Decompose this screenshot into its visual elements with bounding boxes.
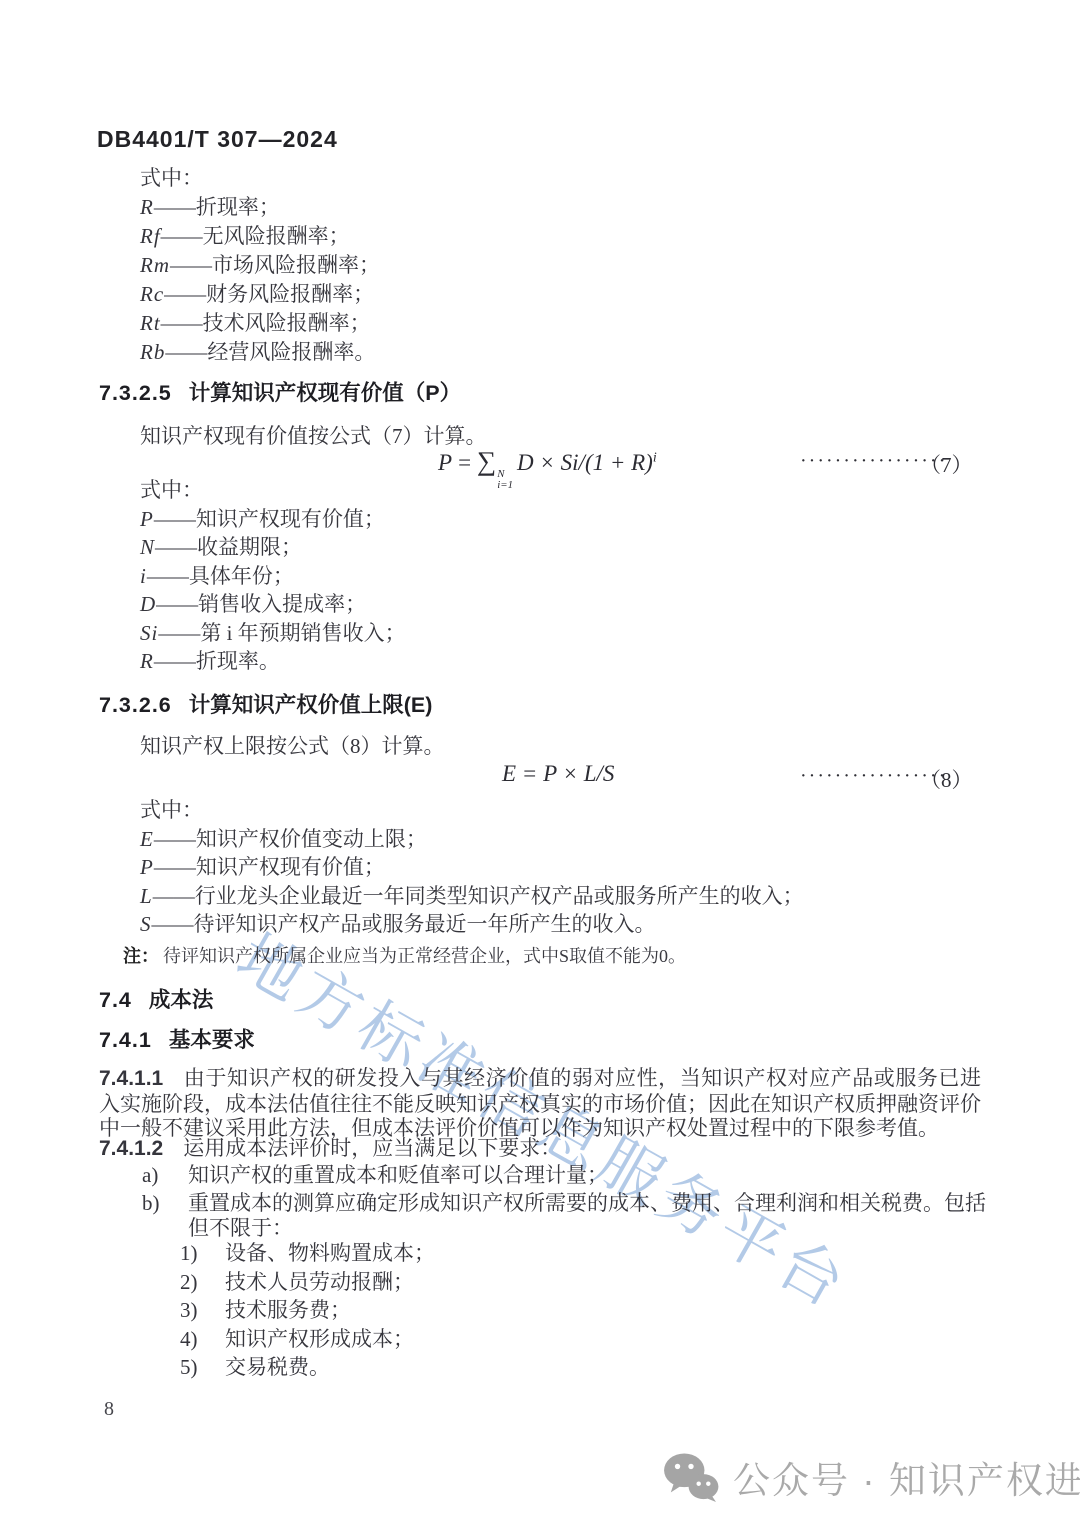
formula-8-row: E = P × L/S ················· （8） (0, 761, 1080, 795)
formula-7-row: P=∑Ni=1D × Si/(1 + R)i ·················… (0, 446, 1080, 480)
list-item-a: a) 知识产权的重置成本和贬值率可以合理计量； (142, 1163, 986, 1188)
section-heading-7-3-2-6: 7.3.2.6计算知识产权价值上限(E) (99, 688, 432, 719)
var-symbol: S (140, 912, 152, 936)
var-symbol: Rt (140, 311, 161, 335)
formula-body: D × Si/(1 + R) (517, 450, 653, 475)
sum-lower-limit: i=1 (497, 480, 513, 491)
section-number: 7.3.2.6 (99, 693, 172, 717)
definition-item: P——知识产权现有价值； (140, 505, 406, 534)
definition-item: R——折现率； (140, 193, 380, 222)
equals-sign: = (458, 450, 471, 475)
formula-number: （8） (920, 764, 973, 794)
list-marker: 2) (180, 1270, 225, 1295)
var-symbol: P (140, 855, 154, 879)
var-description: ——折现率； (154, 195, 280, 219)
note-text: 待评知识产权所属企业应当为正常经营企业，式中S取值不能为0。 (163, 946, 686, 966)
definition-item: N——收益期限； (140, 533, 406, 562)
section-heading-7-3-2-5: 7.3.2.5计算知识产权现有价值（P） (99, 376, 461, 407)
page-number: 8 (104, 1398, 114, 1421)
var-description: ——市场风险报酬率； (170, 253, 380, 277)
numbered-item-4: 4) 知识产权形成成本； (180, 1327, 414, 1352)
wechat-icon (662, 1452, 720, 1502)
definition-item: S——待评知识产权产品或服务最近一年所产生的收入。 (140, 910, 804, 939)
definition-item: Rm——市场风险报酬率； (140, 251, 380, 280)
var-symbol: D (140, 592, 156, 616)
definition-intro: 式中： (140, 796, 804, 825)
var-description: ——财务风险报酬率； (164, 282, 374, 306)
section-title: 基本要求 (169, 1028, 255, 1052)
list-text: 技术服务费； (225, 1298, 351, 1323)
clause-number: 7.4.1.2 (99, 1137, 163, 1160)
definition-item: Rf——无风险报酬率； (140, 222, 380, 251)
var-symbol: Rc (140, 282, 164, 306)
list-marker: a) (142, 1163, 188, 1188)
list-marker: 1) (180, 1241, 225, 1266)
var-symbol: R (140, 195, 154, 219)
wechat-footer: 公众号 · 知识产权进行时 (662, 1450, 1080, 1504)
var-symbol: Rf (140, 224, 161, 248)
definition-intro: 式中： (140, 164, 380, 193)
definition-item: D——销售收入提成率； (140, 590, 406, 619)
document-code-header: DB4401/T 307—2024 (97, 126, 338, 153)
list-marker: 4) (180, 1327, 225, 1352)
definition-item: E——知识产权价值变动上限； (140, 825, 804, 854)
var-description: ——无风险报酬率； (161, 224, 350, 248)
var-description: ——折现率。 (154, 649, 280, 673)
formula-exponent: i (653, 450, 657, 465)
var-symbol: N (140, 535, 155, 559)
definition-item: Rc——财务风险报酬率； (140, 280, 380, 309)
list-text: 设备、物料购置成本； (225, 1241, 435, 1266)
formula6-definition-list: 式中： R——折现率； Rf——无风险报酬率； Rm——市场风险报酬率； Rc—… (140, 164, 380, 367)
definition-item: P——知识产权现有价值； (140, 853, 804, 882)
numbered-item-3: 3) 技术服务费； (180, 1298, 351, 1323)
list-text: 知识产权的重置成本和贬值率可以合理计量； (188, 1163, 986, 1188)
sum-symbol: ∑ (477, 446, 496, 476)
formula-7-expression: P=∑Ni=1D × Si/(1 + R)i (438, 446, 657, 492)
standard-document-page: 地方标准信息服务平台 DB4401/T 307—2024 式中： R——折现率；… (0, 0, 1080, 1527)
list-text: 交易税费。 (225, 1355, 330, 1380)
formula8-definition-list: 式中： E——知识产权价值变动上限； P——知识产权现有价值； L——行业龙头企… (140, 796, 804, 939)
list-text: 重置成本的测算应确定形成知识产权所需要的成本、费用、合理利润和相关税费。包括但不… (188, 1191, 986, 1240)
formula-8-expression: E = P × L/S (502, 761, 614, 787)
definition-item: Si——第 i 年预期销售收入； (140, 619, 406, 648)
list-text: 技术人员劳动报酬； (225, 1270, 414, 1295)
var-symbol: E (140, 827, 154, 851)
note-label: 注： (123, 946, 159, 966)
var-symbol: R (140, 649, 154, 673)
paragraph-7-4-1-1: 7.4.1.1由于知识产权的研发投入与其经济价值的弱对应性，当知识产权对应产品或… (99, 1066, 981, 1141)
definition-item: R——折现率。 (140, 647, 406, 676)
list-marker: b) (142, 1191, 188, 1240)
formula-body: E = P × L/S (502, 761, 614, 786)
formula7-definition-list: 式中： P——知识产权现有价值； N——收益期限； i——具体年份； D——销售… (140, 476, 406, 676)
definition-item: Rt——技术风险报酬率； (140, 309, 380, 338)
section-heading-7-4-1: 7.4.1基本要求 (99, 1023, 255, 1054)
section-title: 成本法 (149, 988, 214, 1012)
var-description: ——知识产权现有价值； (154, 855, 385, 879)
var-description: ——行业龙头企业最近一年同类型知识产权产品或服务所产生的收入； (153, 884, 804, 908)
var-description: ——销售收入提成率； (156, 592, 366, 616)
var-description: ——经营风险报酬率。 (165, 340, 375, 364)
definition-item: L——行业龙头企业最近一年同类型知识产权产品或服务所产生的收入； (140, 882, 804, 911)
paragraph-7-4-1-2: 7.4.1.2运用成本法评价时，应当满足以下要求： (99, 1136, 981, 1162)
var-symbol: P (140, 507, 154, 531)
var-description: ——第 i 年预期销售收入； (158, 621, 405, 645)
section-number: 7.4 (99, 988, 132, 1012)
definition-item: Rb——经营风险报酬率。 (140, 338, 380, 367)
formula-lhs: P (438, 450, 452, 475)
list-marker: 5) (180, 1355, 225, 1380)
clause-text: 由于知识产权的研发投入与其经济价值的弱对应性，当知识产权对应产品或服务已进入实施… (99, 1066, 981, 1140)
numbered-item-5: 5) 交易税费。 (180, 1355, 330, 1380)
list-marker: 3) (180, 1298, 225, 1323)
wechat-account-label: 公众号 · 知识产权进行时 (733, 1450, 1080, 1504)
numbered-item-2: 2) 技术人员劳动报酬； (180, 1270, 414, 1295)
section-number: 7.3.2.5 (99, 381, 172, 405)
var-description: ——技术风险报酬率； (161, 311, 371, 335)
section-number: 7.4.1 (99, 1028, 152, 1052)
clause-text: 运用成本法评价时，应当满足以下要求： (183, 1136, 561, 1160)
clause-number: 7.4.1.1 (99, 1067, 163, 1090)
var-description: ——知识产权现有价值； (154, 507, 385, 531)
var-description: ——知识产权价值变动上限； (154, 827, 427, 851)
formula-number: （7） (920, 449, 973, 479)
var-description: ——收益期限； (155, 535, 302, 559)
note-line: 注：待评知识产权所属企业应当为正常经营企业，式中S取值不能为0。 (123, 942, 686, 968)
var-description: ——具体年份； (147, 564, 294, 588)
var-description: ——待评知识产权产品或服务最近一年所产生的收入。 (152, 912, 656, 936)
var-symbol: i (140, 564, 147, 588)
var-symbol: L (140, 884, 153, 908)
formula8-lead: 知识产权上限按公式（8）计算。 (140, 730, 445, 760)
list-text: 知识产权形成成本； (225, 1327, 414, 1352)
section-title: 计算知识产权价值上限(E) (189, 693, 433, 717)
section-title: 计算知识产权现有价值（P） (189, 381, 461, 405)
numbered-item-1: 1) 设备、物料购置成本； (180, 1241, 435, 1266)
var-symbol: Rb (140, 340, 165, 364)
definition-item: i——具体年份； (140, 562, 406, 591)
list-item-b: b) 重置成本的测算应确定形成知识产权所需要的成本、费用、合理利润和相关税费。包… (142, 1191, 986, 1240)
sum-limits: Ni=1 (497, 469, 513, 492)
section-heading-7-4: 7.4成本法 (99, 983, 213, 1014)
var-symbol: Si (140, 621, 158, 645)
var-symbol: Rm (140, 253, 170, 277)
definition-intro: 式中： (140, 476, 406, 505)
